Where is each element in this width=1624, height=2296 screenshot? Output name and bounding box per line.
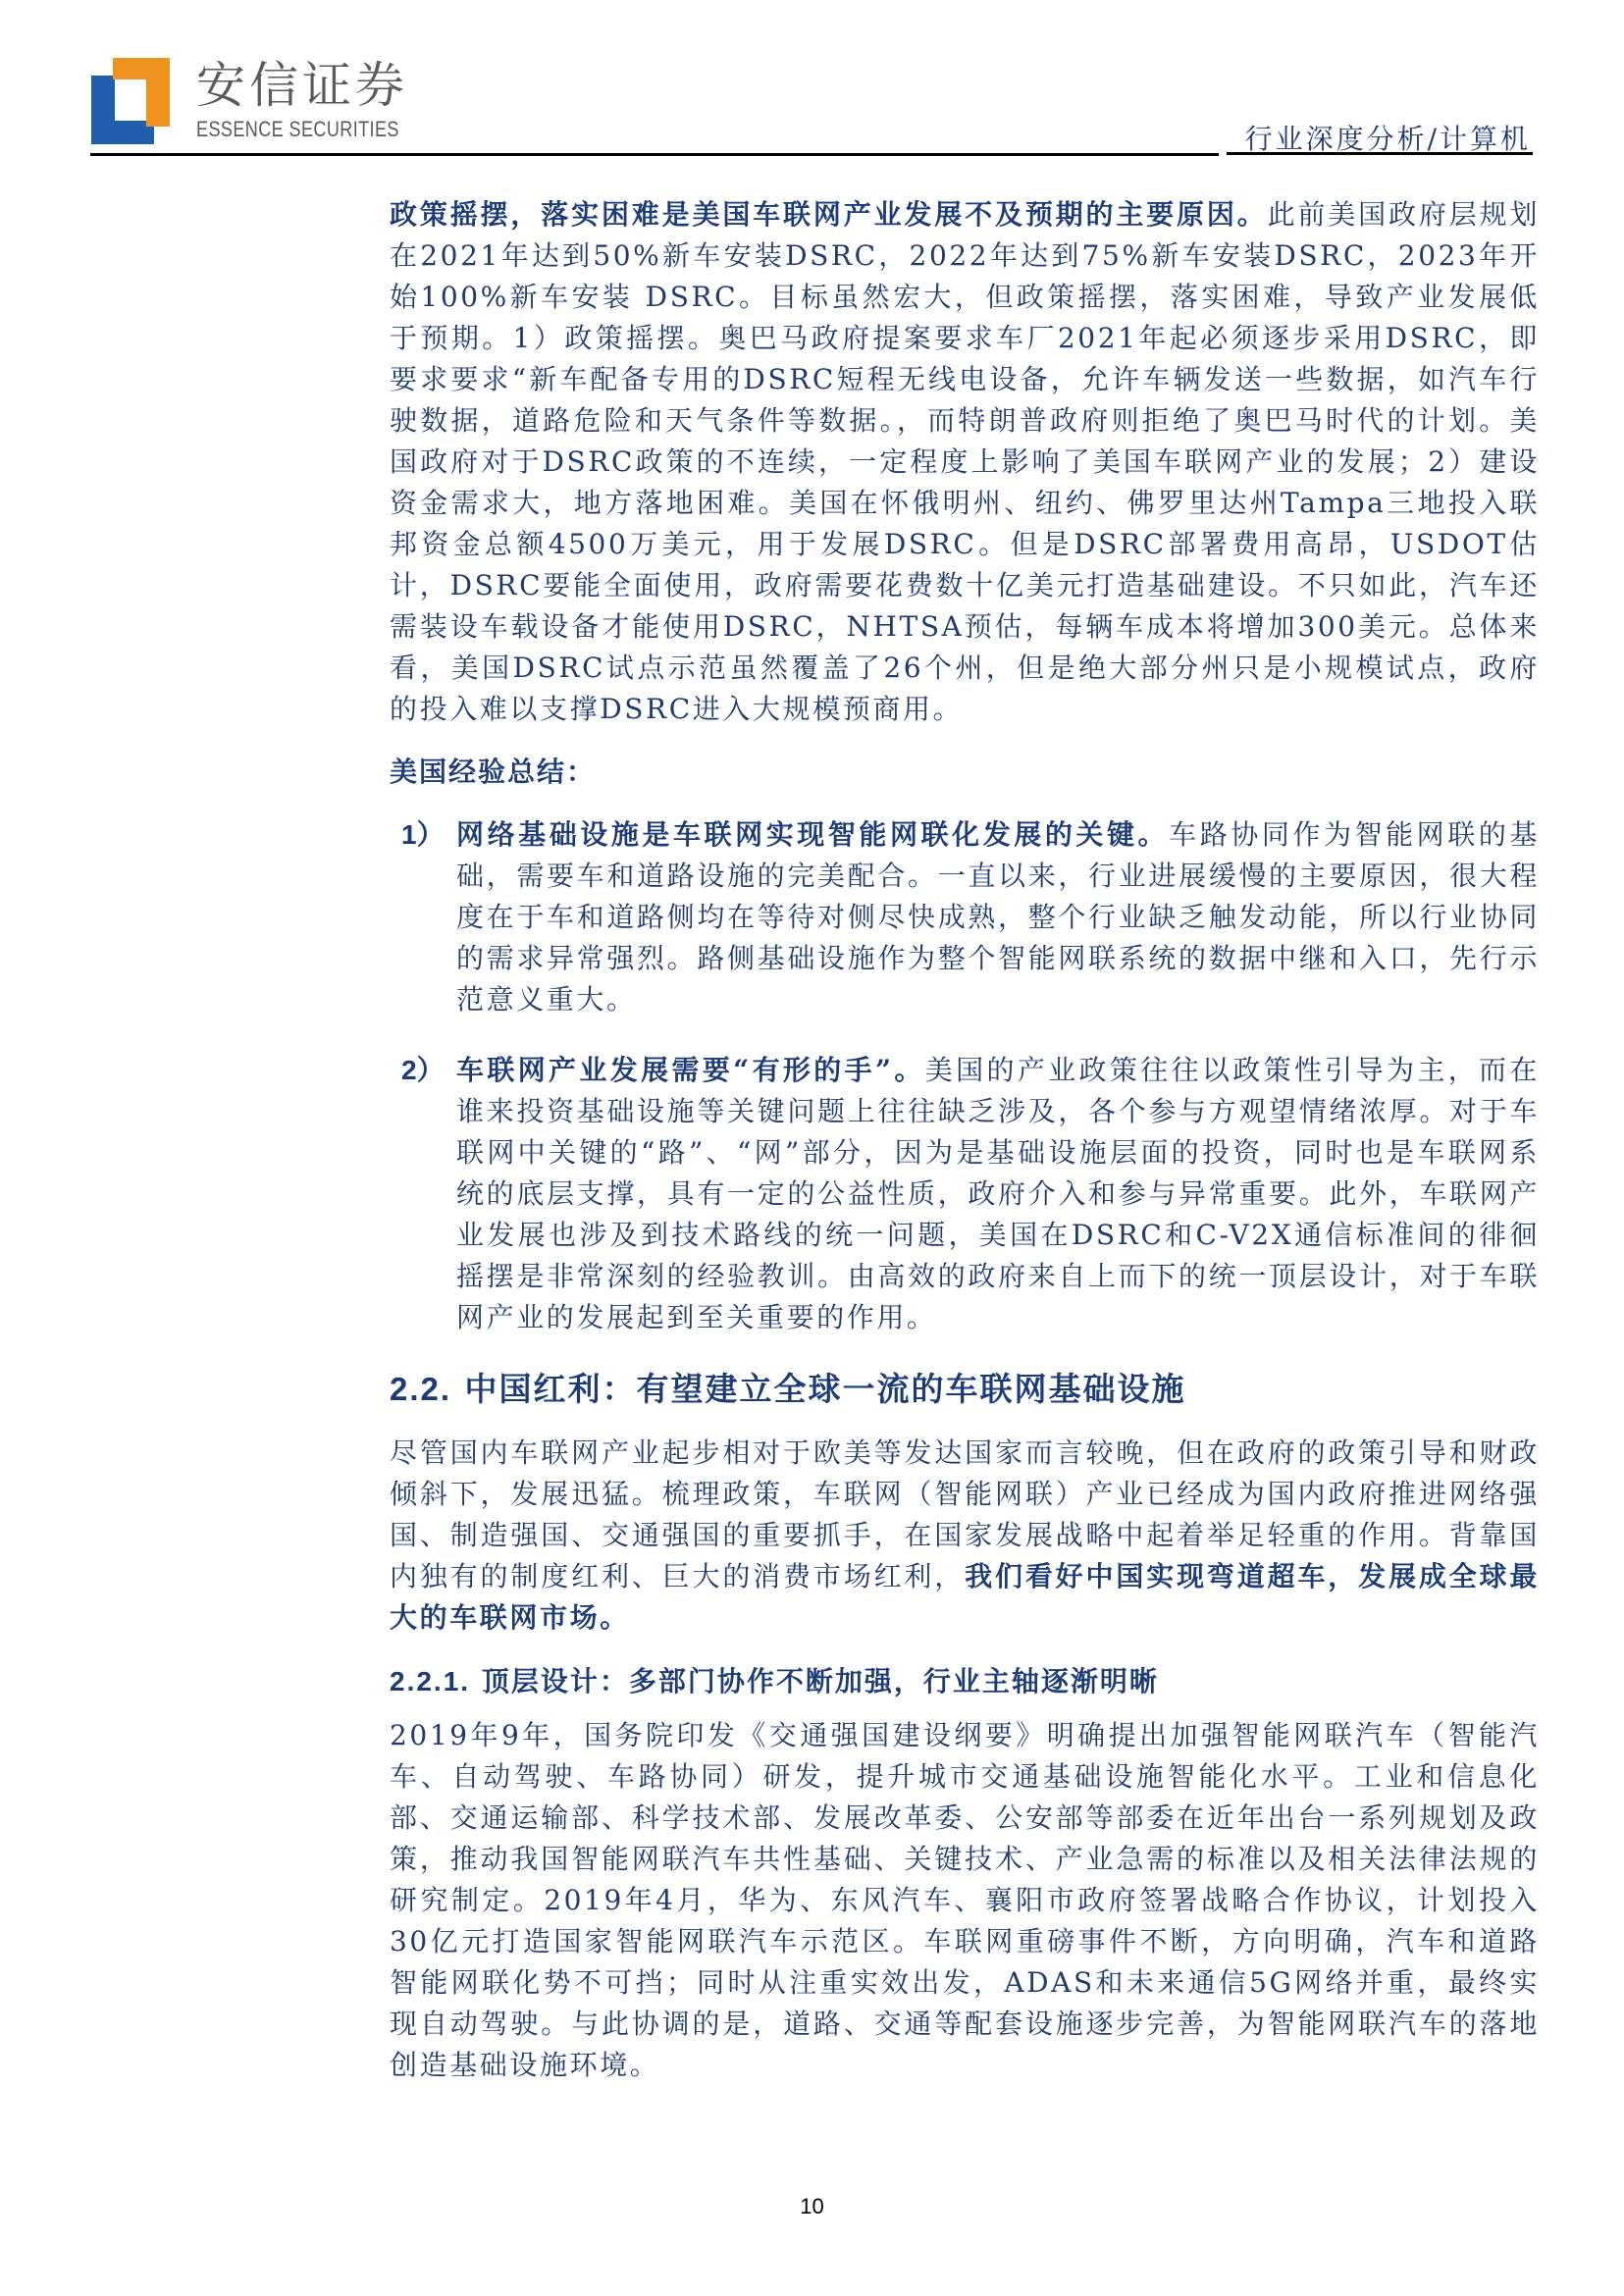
summary-item-1: 1） 网络基础设施是车联网实现智能网联化发展的关键。车路协同作为智能网联的基础，… [390, 814, 1540, 1020]
logo-english-name: ESSENCE SECURITIES [196, 118, 399, 141]
section-2-2-body: 尽管国内车联网产业起步相对于欧美等发达国家而言较晚，但在政府的政策引导和财政倾斜… [390, 1433, 1540, 1639]
page-content: 政策摇摆，落实困难是美国车联网产业发展不及预期的主要原因。此前美国政府层规划在2… [390, 194, 1540, 2086]
section-number: 2.2. [390, 1371, 451, 1407]
intro-lead: 政策摇摆，落实困难是美国车联网产业发展不及预期的主要原因。 [390, 198, 1268, 231]
section-heading-2-2: 2.2. 中国红利：有望建立全球一流的车联网基础设施 [390, 1368, 1540, 1411]
essence-logo-icon [91, 58, 170, 144]
section-heading-2-2-1: 2.2.1. 顶层设计：多部门协作不断加强，行业主轴逐渐明晰 [390, 1662, 1540, 1701]
page-header: 安信证券 ESSENCE SECURITIES 行业深度分析/计算机 [0, 0, 1624, 157]
subsection-title: 顶层设计：多部门协作不断加强，行业主轴逐渐明晰 [482, 1665, 1159, 1697]
header-divider-right [1227, 152, 1533, 155]
page-number: 10 [0, 2194, 1624, 2219]
intro-paragraph: 政策摇摆，落实困难是美国车联网产业发展不及预期的主要原因。此前美国政府层规划在2… [390, 194, 1540, 730]
intro-body: 此前美国政府层规划在2021年达到50%新车安装DSRC，2022年达到75%新… [390, 198, 1540, 725]
logo-chinese-name: 安信证券 [196, 57, 408, 114]
summary-item-text: 网络基础设施是车联网实现智能网联化发展的关键。车路协同作为智能网联的基础，需要车… [456, 814, 1540, 1020]
header-divider-left [90, 153, 1219, 156]
section-2-2-1-body: 2019年9年，国务院印发《交通强国建设纲要》明确提出加强智能网联汽车（智能汽车… [390, 1715, 1540, 2086]
summary-item-2: 2） 车联网产业发展需要“有形的手”。美国的产业政策往往以政策性引导为主，而在谁… [390, 1050, 1540, 1338]
summary-item-lead: 车联网产业发展需要“有形的手”。 [456, 1054, 925, 1086]
summary-item-text: 车联网产业发展需要“有形的手”。美国的产业政策往往以政策性引导为主，而在谁来投资… [456, 1050, 1540, 1338]
list-number: 1） [401, 814, 445, 856]
summary-heading: 美国经验总结： [390, 752, 1540, 793]
list-number: 2） [401, 1050, 445, 1091]
summary-item-lead: 网络基础设施是车联网实现智能网联化发展的关键。 [456, 818, 1169, 851]
report-category: 行业深度分析/计算机 [1245, 118, 1531, 157]
subsection-number: 2.2.1. [390, 1666, 470, 1696]
summary-item-body: 美国的产业政策往往以政策性引导为主，而在谁来投资基础设施等关键问题上往往缺乏涉及… [456, 1054, 1540, 1333]
section-title: 中国红利：有望建立全球一流的车联网基础设施 [465, 1370, 1186, 1408]
